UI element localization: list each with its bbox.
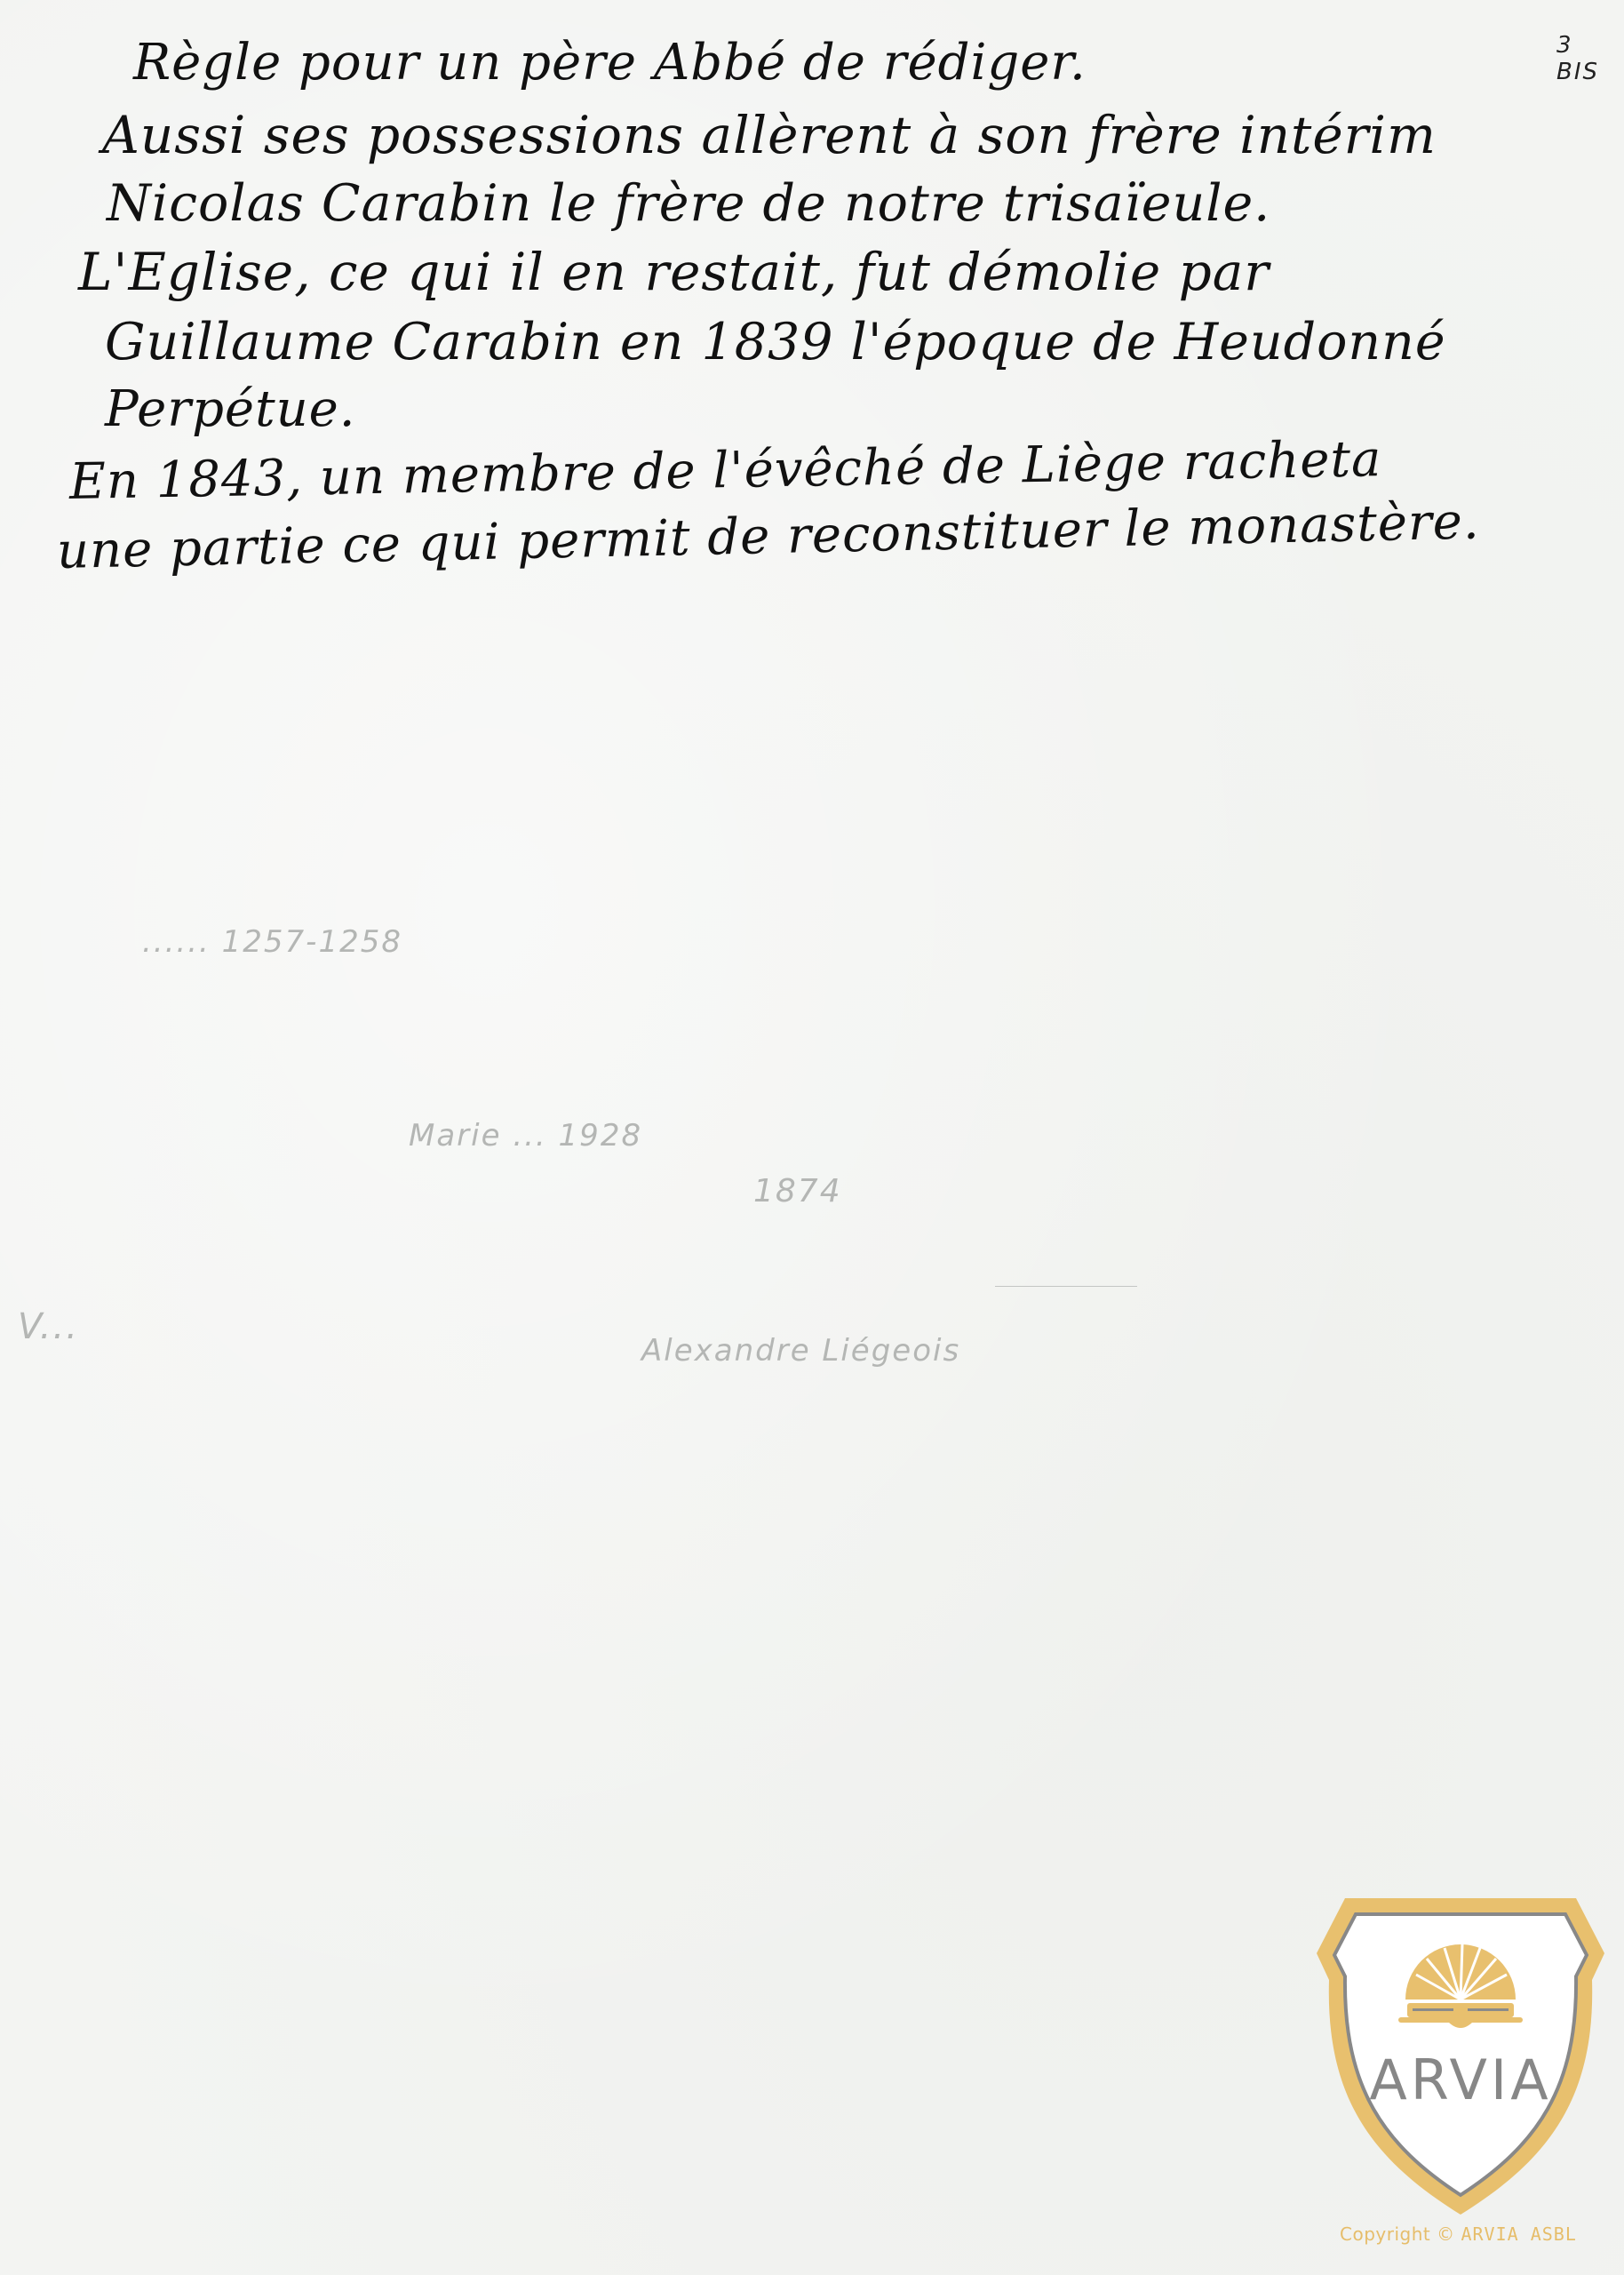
- copyright-owner: ARVIA ASBL: [1461, 2223, 1576, 2245]
- arvia-shield-logo: ARVIA: [1310, 1893, 1612, 2222]
- pencil-signature: Alexandre Liégeois: [641, 1333, 960, 1369]
- handwritten-line-4: L'Eglise, ce qui il en restait, fut démo…: [78, 242, 1270, 302]
- pencil-rule: [995, 1286, 1137, 1287]
- handwritten-line-2: Aussi ses possessions allèrent à son frè…: [102, 105, 1437, 165]
- handwritten-line-6: Perpétue.: [105, 380, 356, 438]
- pencil-margin-note: V...: [18, 1306, 79, 1347]
- handwritten-line-3: Nicolas Carabin le frère de notre trisaï…: [107, 174, 1270, 233]
- arvia-wordmark: ARVIA: [1369, 2047, 1551, 2112]
- copyright-label: Copyright ©: [1340, 2223, 1455, 2245]
- pencil-note-dates: ...... 1257-1258: [142, 924, 402, 960]
- pencil-note-year: 1874: [753, 1173, 842, 1209]
- handwritten-line-1: Règle pour un père Abbé de rédiger.: [133, 34, 1087, 92]
- pencil-note-marie: Marie ... 1928: [409, 1118, 642, 1153]
- page-number: 3 BIS: [1556, 32, 1624, 85]
- handwritten-line-5: Guillaume Carabin en 1839 l'époque de He…: [105, 313, 1446, 371]
- copyright-notice: Copyright © ARVIA ASBL: [1340, 2223, 1577, 2245]
